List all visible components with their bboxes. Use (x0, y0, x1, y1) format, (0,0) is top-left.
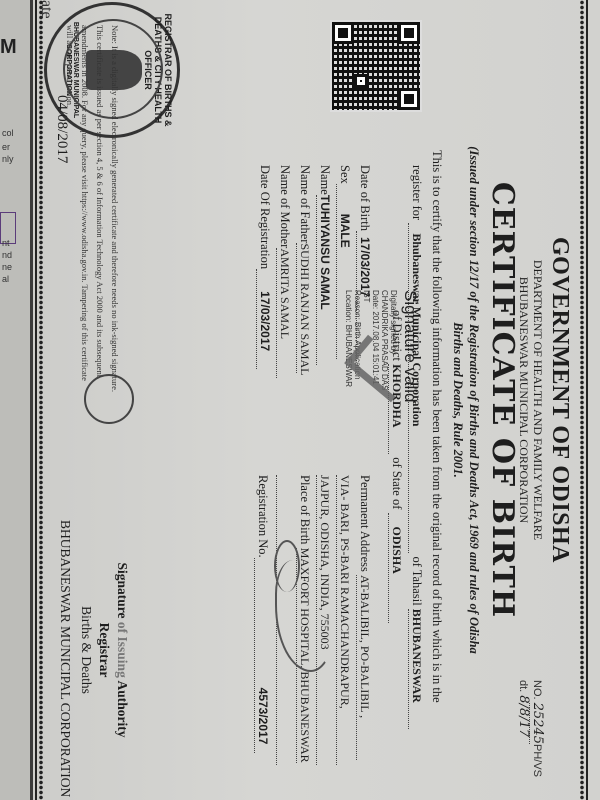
field-address-line-2: VIA- BARI, PS-BARI RAMACHANDRAPUR, (336, 475, 352, 765)
issue-date: 04/08/2017 (53, 95, 70, 163)
act-reference: (Issued under section 12/17 of the Regis… (466, 0, 481, 800)
background-letter: M (0, 36, 17, 59)
government-heading: GOVERNMENT OF ODISHA (546, 0, 573, 800)
authority-births-deaths: Births & Deaths (78, 520, 94, 780)
note-line-3: amendments in 2008. For any query, pleas… (80, 25, 90, 381)
act-reference-2: Births and Deaths, Rule 2001. (450, 0, 465, 800)
field-name: NameTUHIYANSU SAMAL (316, 165, 332, 365)
authority-signature-label: Signature of Issuing Authority (114, 520, 130, 780)
digital-signature-block[interactable]: Signature valid Digitally signed by CHAN… (344, 290, 420, 402)
authority-registrar: Registrar (96, 520, 112, 780)
handwritten-signature-loop (274, 540, 300, 592)
field-date-of-registration: Date Of Registration17/03/2017 (256, 165, 272, 369)
decorative-border-top (578, 0, 588, 800)
field-permanent-address: Permanent Address AT-BALIBIL, PO-BALIBIL… (356, 475, 372, 760)
decorative-border-bottom (35, 0, 45, 800)
small-seal-icon (84, 374, 134, 424)
certificate-paper: NO. 25245PH/VS dt. 8/8/17 GOVERNMENT OF … (33, 0, 600, 800)
qr-code[interactable] (330, 20, 422, 112)
note-line-2: This certificate is issued as per sectio… (95, 25, 105, 377)
field-registration-number: Registration No.4573/2017 (254, 475, 270, 753)
intro-text: This is to certify that the following in… (429, 150, 444, 703)
edge-text-fragment: ate (37, 0, 55, 19)
certificate-title: CERTIFICATE OF BIRTH (485, 0, 520, 800)
note-line-1: Note: It is a digitally signed electroni… (110, 25, 120, 392)
register-for-line: register for Bhubaneswar Municipal Corpo… (408, 165, 424, 729)
background-document-strip: M col er nly nt nd ne al (0, 0, 33, 800)
birth-certificate: NO. 25245PH/VS dt. 8/8/17 GOVERNMENT OF … (33, 0, 600, 800)
field-mother-name: Name of MotherAMRITA SAMAL (276, 165, 292, 378)
field-father-name: Name of FatherSUDHI RANJAN SAMAL (296, 165, 312, 373)
authority-corporation: BHUBANESWAR MUNICIPAL CORPORATION (57, 520, 73, 780)
department-heading: DEPARTMENT OF HEALTH AND FAMILY WELFARE (530, 0, 545, 800)
